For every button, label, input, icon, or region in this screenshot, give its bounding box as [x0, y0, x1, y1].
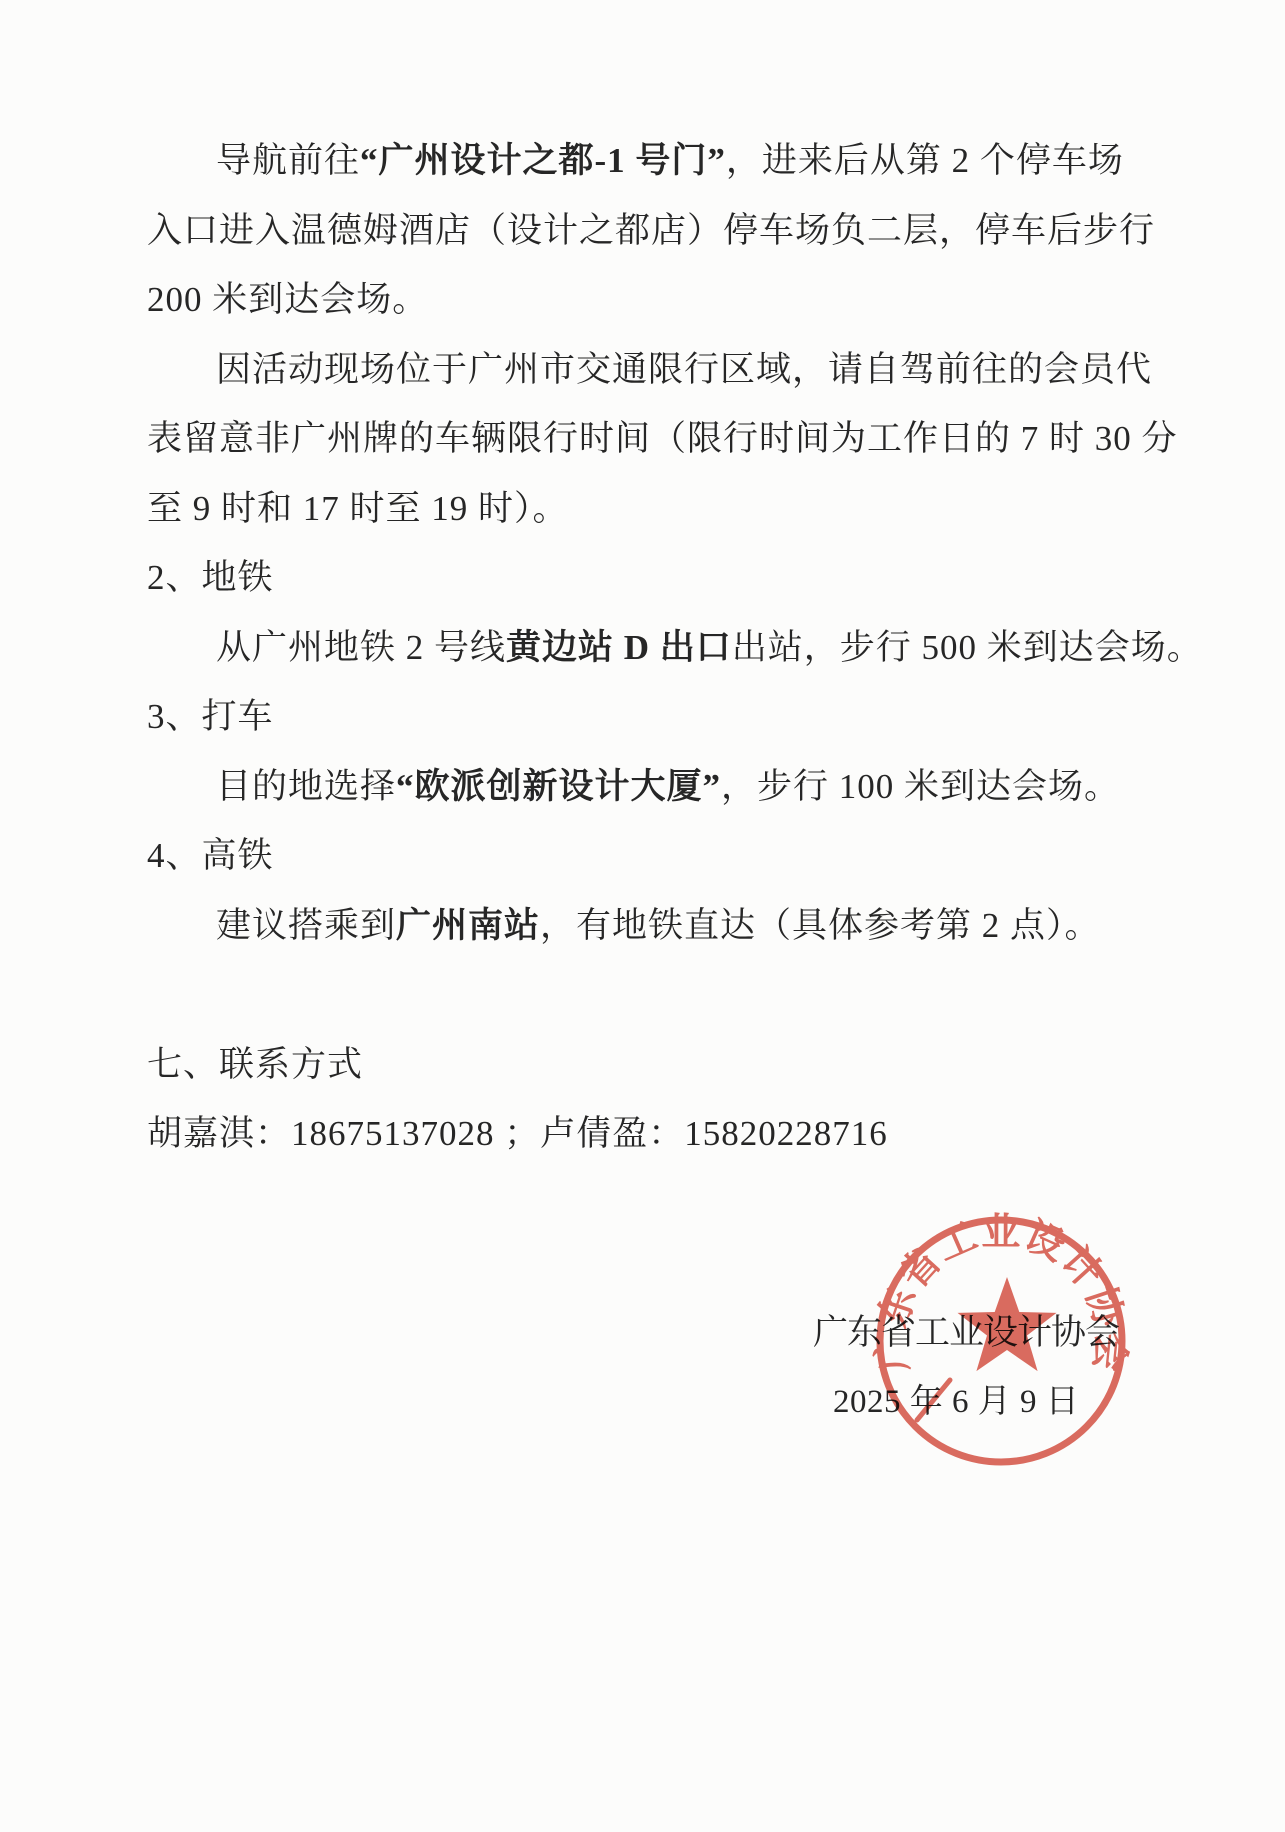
text-line: 入口进入温德姆酒店（设计之都店）停车场负二层，停车后步行: [147, 196, 1157, 266]
body-text: ，进来后从第 2 个停车场: [726, 141, 1124, 180]
body-text: 2、地铁: [147, 558, 274, 597]
emphasized-text: “广州设计之都-1 号门”: [360, 141, 726, 180]
body-text: 出站，步行 500 米到达会场。: [732, 628, 1203, 667]
body-text: 目的地选择: [216, 767, 396, 806]
text-line: 4、高铁: [147, 821, 1157, 891]
text-line: 建议搭乘到广州南站，有地铁直达（具体参考第 2 点）。: [147, 891, 1157, 961]
text-line: 导航前往“广州设计之都-1 号门”，进来后从第 2 个停车场: [147, 126, 1157, 196]
body-text: 至 9 时和 17 时至 19 时）。: [147, 489, 569, 528]
body-text: 建议搭乘到: [216, 906, 396, 945]
text-line: 表留意非广州牌的车辆限行时间（限行时间为工作日的 7 时 30 分: [147, 404, 1157, 474]
body-text: 导航前往: [216, 141, 360, 180]
body-text: 从广州地铁 2 号线: [216, 628, 506, 667]
emphasized-text: “欧派创新设计大厦”: [396, 767, 721, 806]
signature-date: 2025 年 6 月 9 日: [833, 1382, 1079, 1422]
document-body: 导航前往“广州设计之都-1 号门”，进来后从第 2 个停车场入口进入温德姆酒店（…: [147, 126, 1157, 1169]
text-line: 目的地选择“欧派创新设计大厦”，步行 100 米到达会场。: [147, 752, 1157, 822]
signature-org: 广东省工业设计协会: [813, 1312, 1119, 1354]
body-text: 3、打车: [147, 697, 274, 736]
text-line: 至 9 时和 17 时至 19 时）。: [147, 474, 1157, 544]
body-text: 4、高铁: [147, 836, 274, 875]
emphasized-text: 黄边站 D 出口: [506, 628, 732, 667]
body-text: 因活动现场位于广州市交通限行区域，请自驾前往的会员代: [216, 350, 1152, 389]
text-line: 200 米到达会场。: [147, 265, 1157, 335]
blank-line: [147, 960, 1157, 1030]
text-line: 因活动现场位于广州市交通限行区域，请自驾前往的会员代: [147, 335, 1157, 405]
body-text: ，步行 100 米到达会场。: [721, 767, 1120, 806]
body-text: ，有地铁直达（具体参考第 2 点）。: [540, 906, 1101, 945]
document-page: 导航前往“广州设计之都-1 号门”，进来后从第 2 个停车场入口进入温德姆酒店（…: [0, 0, 1285, 1832]
body-text: 胡嘉淇：18675137028 ；卢倩盈：15820228716: [147, 1114, 888, 1153]
text-line: 3、打车: [147, 682, 1157, 752]
text-line: 胡嘉淇：18675137028 ；卢倩盈：15820228716: [147, 1099, 1157, 1169]
text-line: 2、地铁: [147, 543, 1157, 613]
body-text: 七、联系方式: [147, 1045, 363, 1084]
text-line: 七、联系方式: [147, 1030, 1157, 1100]
text-line: 从广州地铁 2 号线黄边站 D 出口出站，步行 500 米到达会场。: [147, 613, 1157, 683]
body-text: 200 米到达会场。: [147, 280, 428, 319]
emphasized-text: 广州南站: [396, 906, 540, 945]
body-text: 入口进入温德姆酒店（设计之都店）停车场负二层，停车后步行: [147, 211, 1155, 250]
body-text: 表留意非广州牌的车辆限行时间（限行时间为工作日的 7 时 30 分: [147, 419, 1178, 458]
